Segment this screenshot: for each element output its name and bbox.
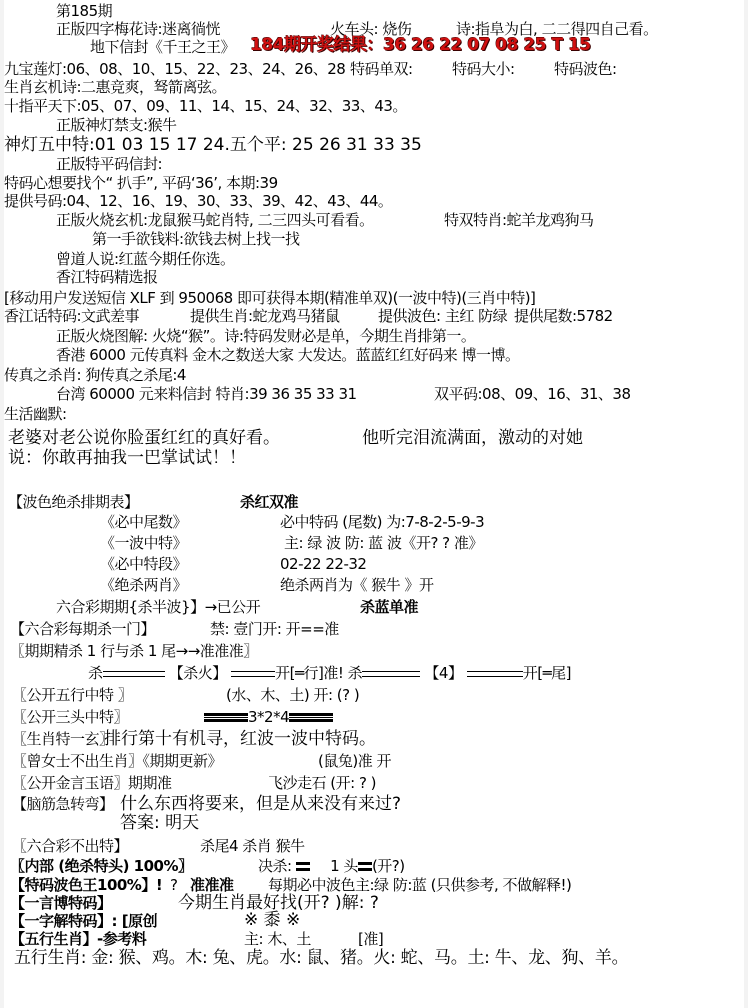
wave-table-header-value: 杀红双准	[240, 493, 298, 511]
wave-king-label: 【特码波色王100%】!	[10, 876, 162, 894]
riddle-question: 什么东西将要来，但是从来没有来过?	[120, 794, 401, 814]
no-special-label: 〖六合彩不出特】	[12, 837, 128, 855]
inner-b: 1 头	[330, 857, 358, 875]
provide-zodiac: 提供生肖:蛇龙鸡马猪鼠	[190, 307, 340, 325]
kill-door-label: 【六合彩每期杀一门】	[10, 620, 155, 638]
bar-decoration	[296, 862, 310, 871]
table-row-value: 02-22 22-32	[280, 555, 366, 573]
wave-king-ok: 准准准	[190, 876, 234, 894]
table-row-value: 主: 绿 波 防: 蓝 波《开? ? 准》	[284, 534, 483, 552]
inner-row: 决杀: 1 头(开?)	[258, 857, 405, 875]
fire-diagram: 正版火烧图解: 火烧“猴”。诗:特码发财必是单，今期生肖排第一。	[56, 327, 475, 345]
no-special-value: 杀尾4 杀肖 猴牛	[200, 837, 305, 855]
document-page: 第185期 正版四字梅花诗:迷离徜恍 火车头: 烧伤 诗:指阜为白, 二二得四自…	[4, 0, 744, 1008]
riddle-label: 【脑筋急转弯】	[12, 795, 114, 813]
kill-row: 杀 【杀火】 开[═行]准! 杀 【4】 开[═尾]	[88, 664, 571, 682]
three-head-row: 3*2*4	[204, 708, 333, 726]
double-line-divider	[467, 671, 523, 677]
inner-label: 〖内部 (绝杀特头) 100%〗	[10, 857, 193, 875]
double-line-divider	[103, 671, 165, 677]
one-word-label: 【一言博特码】	[10, 894, 112, 912]
taoist-says: 曾道人说:红蓝今期任你选。	[56, 250, 235, 268]
draw-result: 184期开奖结果：36 26 22 07 08 25 T 15	[250, 36, 591, 54]
kill-a: 杀	[88, 664, 103, 682]
four: 【4】	[424, 664, 462, 682]
table-row-value: 必中特码 (尾数) 为:7-8-2-5-9-3	[280, 513, 484, 531]
inner-c: (开?)	[372, 857, 405, 875]
table-row-value: 绝杀两肖为《 猴牛 》开	[280, 576, 434, 594]
inner-a: 决杀:	[258, 857, 292, 875]
ms-zeng-value: (鼠兔)准 开	[318, 752, 391, 770]
kill-blue: 杀蓝单准	[360, 598, 418, 616]
hk-6000: 香港 6000 元传真料 金木之数送大家 大发达。蓝蓝红红好码来 博一博。	[56, 346, 520, 364]
table-row-label: 《一波中特》	[100, 534, 187, 552]
provided-numbers: 提供号码:04、12、16、19、30、33、39、42、43、44。	[4, 192, 392, 210]
kill-door-value: 禁: 壹门开: 开==准	[210, 620, 339, 638]
issue-number: 第185期	[56, 2, 112, 20]
fire-mystery: 正版火烧玄机:龙鼠猴马蛇肖特, 二三四头可看看。	[56, 211, 374, 229]
heart-line: 特码心想要找个“ 扒手”, 平码‘36’, 本期:39	[4, 174, 278, 192]
zodiac-one-value: 排行第十有机寻，红波一波中特码。	[104, 729, 376, 749]
provide-tail: 提供尾数:5782	[514, 307, 613, 325]
golden-label: 〖公开金言玉语〗期期准	[12, 774, 172, 792]
bar-decoration	[289, 713, 333, 722]
five-element-label: 〖公开五行中特 〗	[12, 686, 132, 704]
table-row-label: 《必中尾数》	[100, 513, 187, 531]
wave-color-label: 特码波色:	[554, 60, 617, 78]
hk-words: 香江话特码:文武差事	[4, 307, 139, 325]
half-wave: 六合彩期期{杀半波}】→已公开	[56, 598, 260, 616]
wave-king-value: 每期必中波色主:绿 防:蓝 (只供参考, 不做解释!)	[268, 876, 571, 894]
kill-b: 杀	[348, 664, 363, 682]
ten-fingers: 十指平天下:05、07、09、11、14、15、24、32、33、43。	[4, 97, 407, 115]
zodiac-one-label: 〖生肖特一玄〗	[12, 730, 114, 748]
five-element-value: (水、木、土) 开: (? )	[226, 686, 359, 704]
bar-decoration	[358, 862, 372, 871]
double-line-divider	[362, 671, 420, 677]
envelope-title: 地下信封《千王之王》	[90, 38, 235, 56]
double-line-divider	[231, 671, 275, 677]
double-zodiac: 特双特肖:蛇羊龙鸡狗马	[444, 211, 594, 229]
riddle-answer: 答案: 明天	[120, 813, 199, 833]
humor-label: 生活幽默:	[4, 405, 67, 423]
lotus-numbers: 九宝莲灯:06、08、10、15、22、23、24、26、28	[4, 60, 345, 78]
fax-kill: 传真之杀肖: 狗传真之杀尾:4	[4, 366, 186, 384]
flat-envelope: 正版特平码信封:	[56, 155, 162, 173]
five-zodiac-label: 【五行生肖】-参考料	[10, 930, 146, 948]
humor-line-1b: 他听完泪流满面，激动的对她	[362, 428, 583, 448]
hk-select: 香江特码精选报	[56, 268, 158, 286]
kill-fire: 【杀火】	[169, 664, 227, 682]
double-flat: 双平码:08、09、16、31、38	[434, 385, 631, 403]
lamp-five: 神灯五中特:01 03 15 17 24.五个平: 25 26 31 33 35	[4, 135, 422, 155]
open-tail: 开[═尾]	[523, 664, 571, 682]
table-row-label: 《绝杀两肖》	[100, 576, 187, 594]
ms-zeng-label: 〖曾女士不出生肖〗《期期更新》	[12, 752, 222, 770]
five-zodiac-list: 五行生肖: 金: 猴、鸡。木: 兔、虎。水: 鼠、猪。火: 蛇、马。土: 牛、龙…	[14, 948, 628, 968]
table-row-label: 《必中特段》	[100, 555, 187, 573]
five-zodiac-ok: [准]	[358, 930, 383, 948]
odd-even-label: 特码单双:	[350, 60, 413, 78]
lamp-ban: 正版神灯禁支:猴牛	[56, 116, 177, 134]
golden-value: 飞沙走石 (开: ? )	[268, 774, 376, 792]
plum-poem: 正版四字梅花诗:迷离徜恍	[56, 20, 220, 38]
first-hand: 第一手欲钱料:欲钱去树上找一找	[92, 230, 300, 248]
wave-king-question: ?	[170, 876, 177, 894]
five-zodiac-value: 主: 木、土	[244, 930, 311, 948]
wave-table-header: 【波色绝杀排期表】	[8, 493, 139, 511]
bar-decoration	[204, 713, 248, 722]
kill-line: 〖期期精杀 1 行与杀 1 尾→→准准准〗	[10, 642, 258, 660]
provide-wave: 提供波色: 主红 防绿	[378, 307, 507, 325]
one-char-label: 【一字解特码】: [原创	[10, 912, 157, 930]
three-head-label: 〖公开三头中特〗	[12, 708, 128, 726]
three-head-value: 3*2*4	[248, 708, 289, 726]
tw-60000: 台湾 60000 元来料信封 特肖:39 36 35 33 31	[56, 385, 357, 403]
sms-promo: [移动用户发送短信 XLF 到 950068 即可获得本期(精准单双)(一波中特…	[4, 289, 535, 307]
open-row: 开[═行]准!	[275, 664, 343, 682]
one-char-value: ※ 黍 ※	[244, 910, 300, 930]
big-small-label: 特码大小:	[452, 60, 515, 78]
humor-line-1a: 老婆对老公说你脸蛋红红的真好看。	[8, 428, 280, 448]
zodiac-poem: 生肖玄机诗:二惠竞爽，驽箭离弦。	[4, 78, 226, 96]
humor-line-2: 说：你敢再抽我一巴掌试试！！	[8, 448, 246, 468]
